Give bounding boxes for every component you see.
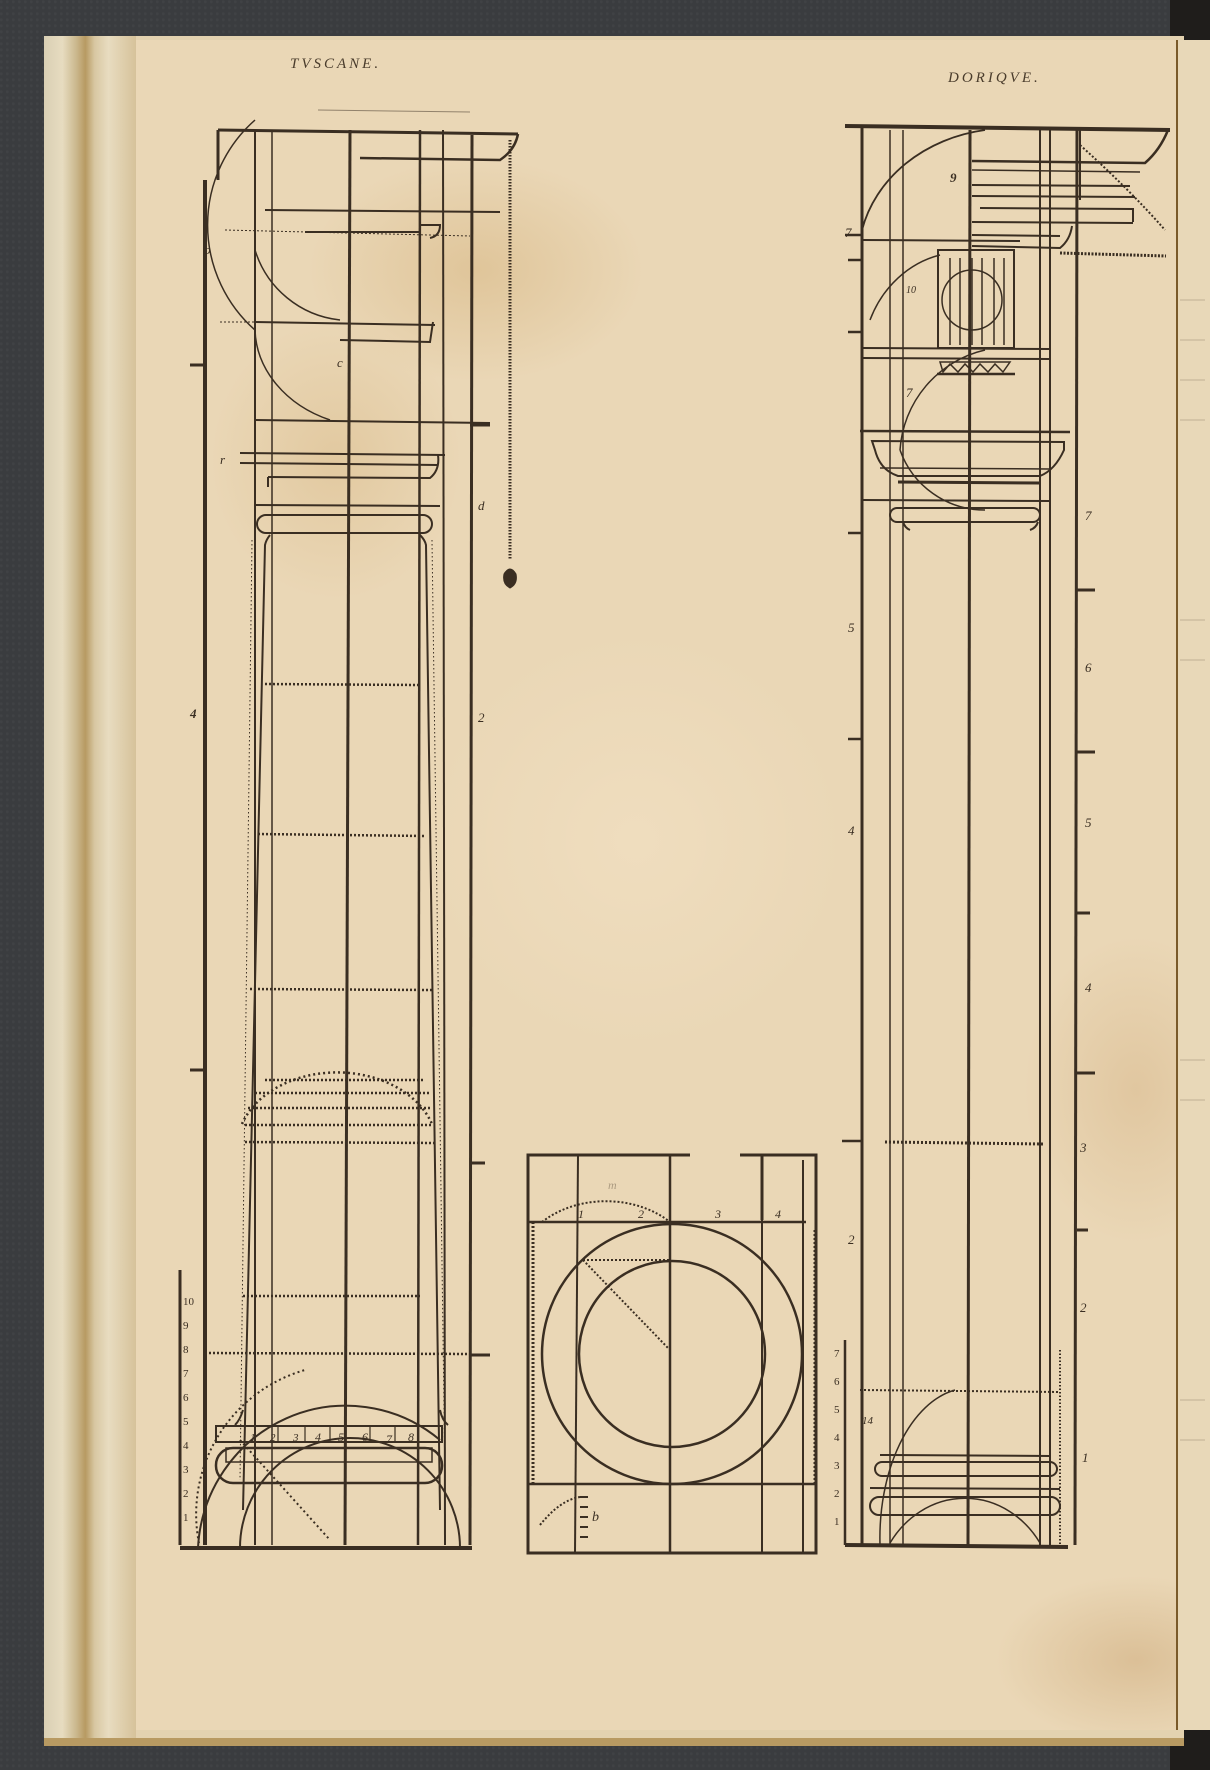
plinth-division-8: 8 — [408, 1430, 414, 1445]
plinth-division-4: 4 — [315, 1430, 321, 1445]
doric-base-height: 14 — [862, 1415, 873, 1427]
tuscan-label-d: d — [478, 498, 485, 514]
plinth-division-1: 1 — [250, 1432, 256, 1444]
pedestal-corner-letter: b — [592, 1510, 599, 1526]
base-scale-2: 2 — [183, 1482, 197, 1506]
tuscan-label-2: 2 — [478, 710, 485, 726]
doric-right-5: 5 — [1085, 815, 1092, 831]
doric-right-1: 1 — [1082, 1450, 1089, 1466]
doric-capital-9: 9 — [950, 170, 957, 186]
base-scale-5: 5 — [183, 1410, 197, 1434]
doric-right-6: 6 — [1085, 660, 1092, 676]
tuscan-label-o: o — [204, 242, 211, 258]
doric-base-4: 4 — [834, 1424, 848, 1452]
doric-capital-10: 10 — [906, 285, 916, 296]
doric-base-scale: 1 2 3 4 5 6 7 — [834, 1340, 848, 1536]
base-scale-8: 8 — [183, 1338, 197, 1362]
base-scale-7: 7 — [183, 1362, 197, 1386]
pedestal-plan-drawing — [528, 1155, 816, 1553]
doric-right-4: 4 — [1085, 980, 1092, 996]
tuscan-capital-letter: c — [337, 355, 343, 371]
doric-right-2: 2 — [1080, 1300, 1087, 1316]
doric-left-4: 4 — [848, 823, 855, 839]
facing-page-text-traces — [1180, 300, 1205, 1440]
plinth-division-7: 7 — [386, 1432, 392, 1447]
pedestal-scale-2: 2 — [638, 1207, 644, 1222]
doric-base-5: 5 — [834, 1396, 848, 1424]
doric-capital-7: 7 — [906, 385, 913, 401]
pedestal-scale-4: 4 — [775, 1207, 781, 1222]
doric-base-2: 2 — [834, 1480, 848, 1508]
pedestal-scale-3: 3 — [715, 1207, 721, 1222]
base-scale-3: 3 — [183, 1458, 197, 1482]
doric-base-6: 6 — [834, 1368, 848, 1396]
tuscan-label-r: r — [220, 452, 225, 468]
base-scale-9: 9 — [183, 1314, 197, 1338]
doric-column-drawing — [842, 126, 1170, 1547]
plinth-division-5: 5 — [338, 1430, 344, 1445]
base-scale-1: 1 — [183, 1506, 197, 1530]
doric-base-7: 7 — [834, 1340, 848, 1368]
pedestal-scale-1: 1 — [578, 1207, 584, 1222]
tuscan-label-4: 4 — [190, 706, 197, 722]
base-scale-10: 10 — [183, 1290, 197, 1314]
base-scale-6: 6 — [183, 1386, 197, 1410]
doric-left-7: 7 — [845, 225, 852, 241]
plinth-division-3: 3 — [293, 1432, 299, 1444]
base-scale-4: 4 — [183, 1434, 197, 1458]
doric-left-2: 2 — [848, 1232, 855, 1248]
plinth-division-6: 6 — [362, 1430, 368, 1445]
architectural-plate — [0, 0, 1210, 1770]
tuscan-base-scale: 1 2 3 4 5 6 7 8 9 10 — [183, 1290, 197, 1530]
doric-left-5: 5 — [848, 620, 855, 636]
pedestal-upper-letter: m — [608, 1178, 617, 1193]
doric-right-3: 3 — [1080, 1140, 1087, 1156]
doric-base-3: 3 — [834, 1452, 848, 1480]
doric-base-1: 1 — [834, 1508, 848, 1536]
doric-right-7: 7 — [1085, 508, 1092, 524]
tuscan-column-drawing — [180, 110, 518, 1548]
plinth-division-2: 2 — [270, 1432, 276, 1444]
